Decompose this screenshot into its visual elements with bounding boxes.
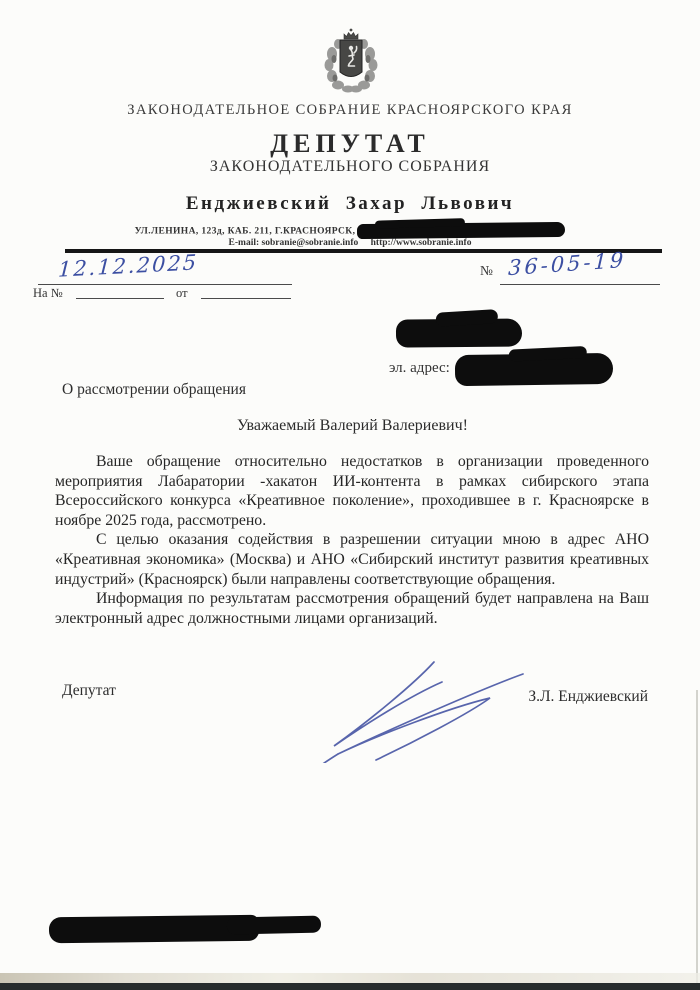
doc-number-underline [500,284,660,285]
contacts-line: E-mail: sobranie@sobranie.info http://ww… [0,238,700,248]
deputy-name: Енджиевский Захар Львович [0,193,700,215]
address-line: УЛ.ЛЕНИНА, 123д, КАБ. 211, Г.КРАСНОЯРСК, [0,224,700,239]
reply-from-label: от [176,286,188,301]
website-text: http://www.sobranie.info [371,238,472,248]
body-paragraph: Информация по результатам рассмотрения о… [55,589,649,628]
outgoing-date-handwritten: 12.12.2025 [57,250,198,281]
email-address-redaction [455,353,613,386]
paper-right-edge [696,690,698,983]
letter-subtitle: ЗАКОНОДАТЕЛЬНОГО СОБРАНИЯ [0,158,700,176]
subject-line: О рассмотрении обращения [62,381,246,399]
body-paragraph: С целью оказания содействия в разрешении… [55,530,649,589]
reply-from-line [201,298,291,299]
recipient-name-redaction [396,318,522,347]
letter-title: ДЕПУТАТ [0,129,700,159]
org-name: ЗАКОНОДАТЕЛЬНОЕ СОБРАНИЕ КРАСНОЯРСКОГО К… [0,102,700,119]
date-underline [38,284,292,285]
scanned-letter-page: ЗАКОНОДАТЕЛЬНОЕ СОБРАНИЕ КРАСНОЯРСКОГО К… [0,0,700,990]
address-text: УЛ.ЛЕНИНА, 123д, КАБ. 211, Г.КРАСНОЯРСК, [135,227,356,237]
bottom-redaction [49,915,259,944]
signature-handwritten [318,658,528,763]
body-paragraph: Ваше обращение относительно недостатков … [55,452,649,530]
email-address-label: эл. адрес: [389,360,450,377]
coat-of-arms-icon [323,26,379,94]
paper-edge-strip [0,973,700,983]
reply-ref-label: На № [33,286,63,301]
salutation: Уважаемый Валерий Валериевич! [55,417,650,435]
signer-name: З.Л. Енджиевский [0,688,648,706]
email-text: E-mail: sobranie@sobranie.info [229,238,359,248]
reply-ref-line [76,298,164,299]
letter-body: Ваше обращение относительно недостатков … [55,452,649,628]
scanner-edge-bar [0,983,700,990]
doc-number-label: № [480,263,493,279]
address-redaction [357,222,565,239]
